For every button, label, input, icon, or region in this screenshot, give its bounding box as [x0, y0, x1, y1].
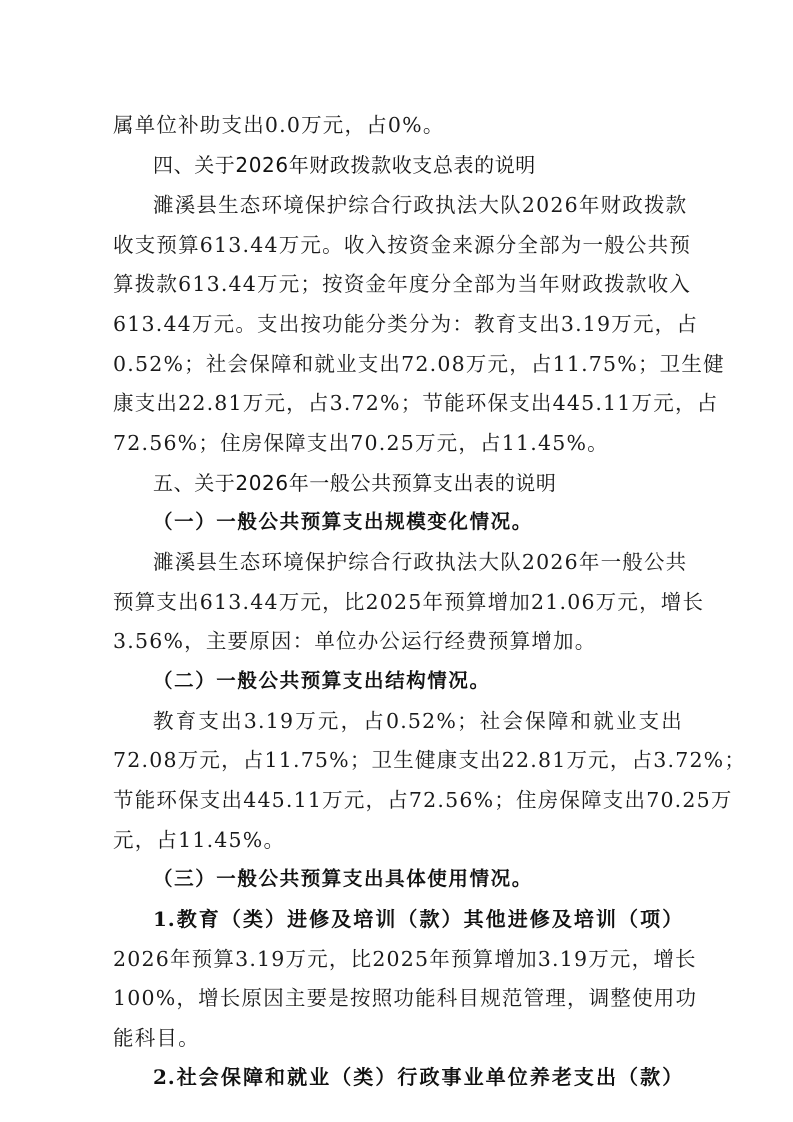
paragraph-line: 能科目。 — [113, 1023, 683, 1053]
item-heading-1: 1.教育（类）进修及培训（款）其他进修及培训（项） — [153, 904, 683, 934]
subsection-heading-3: （三）一般公共预算支出具体使用情况。 — [153, 864, 683, 894]
paragraph-line: 613.44万元。支出按功能分类分为：教育支出3.19万元，占 — [113, 309, 683, 339]
paragraph-line: 3.56%，主要原因：单位办公运行经费预算增加。 — [113, 626, 683, 656]
subsection-heading-1: （一）一般公共预算支出规模变化情况。 — [153, 507, 683, 537]
paragraph-line: 72.56%；住房保障支出70.25万元，占11.45%。 — [113, 428, 683, 458]
paragraph-line: 100%，增长原因主要是按照功能科目规范管理，调整使用功 — [113, 983, 683, 1013]
section-heading-4: 四、关于2026年财政拨款收支总表的说明 — [153, 150, 683, 180]
paragraph-line: 预算支出613.44万元，比2025年预算增加21.06万元，增长 — [113, 587, 683, 617]
paragraph-line: 72.08万元，占11.75%；卫生健康支出22.81万元，占3.72%； — [113, 745, 683, 775]
item-heading-2: 2.社会保障和就业（类）行政事业单位养老支出（款） — [153, 1062, 683, 1092]
paragraph-line: 0.52%；社会保障和就业支出72.08万元，占11.75%；卫生健 — [113, 349, 683, 379]
paragraph-line: 濉溪县生态环境保护综合行政执法大队2026年财政拨款 — [153, 190, 683, 220]
paragraph-line: 元，占11.45%。 — [113, 825, 683, 855]
paragraph-line: 教育支出3.19万元，占0.52%；社会保障和就业支出 — [153, 706, 683, 736]
paragraph-line: 濉溪县生态环境保护综合行政执法大队2026年一般公共 — [153, 547, 683, 577]
paragraph-line: 属单位补助支出0.0万元，占0%。 — [113, 110, 683, 140]
paragraph-line: 节能环保支出445.11万元，占72.56%；住房保障支出70.25万 — [113, 785, 683, 815]
paragraph-line: 2026年预算3.19万元，比2025年预算增加3.19万元，增长 — [113, 944, 683, 974]
subsection-heading-2: （二）一般公共预算支出结构情况。 — [153, 666, 683, 696]
section-heading-5: 五、关于2026年一般公共预算支出表的说明 — [153, 468, 683, 498]
paragraph-line: 算拨款613.44万元；按资金年度分全部为当年财政拨款收入 — [113, 269, 683, 299]
document-page: 属单位补助支出0.0万元，占0%。 四、关于2026年财政拨款收支总表的说明 濉… — [0, 0, 793, 1122]
paragraph-line: 康支出22.81万元，占3.72%；节能环保支出445.11万元，占 — [113, 388, 683, 418]
paragraph-line: 收支预算613.44万元。收入按资金来源分全部为一般公共预 — [113, 230, 683, 260]
